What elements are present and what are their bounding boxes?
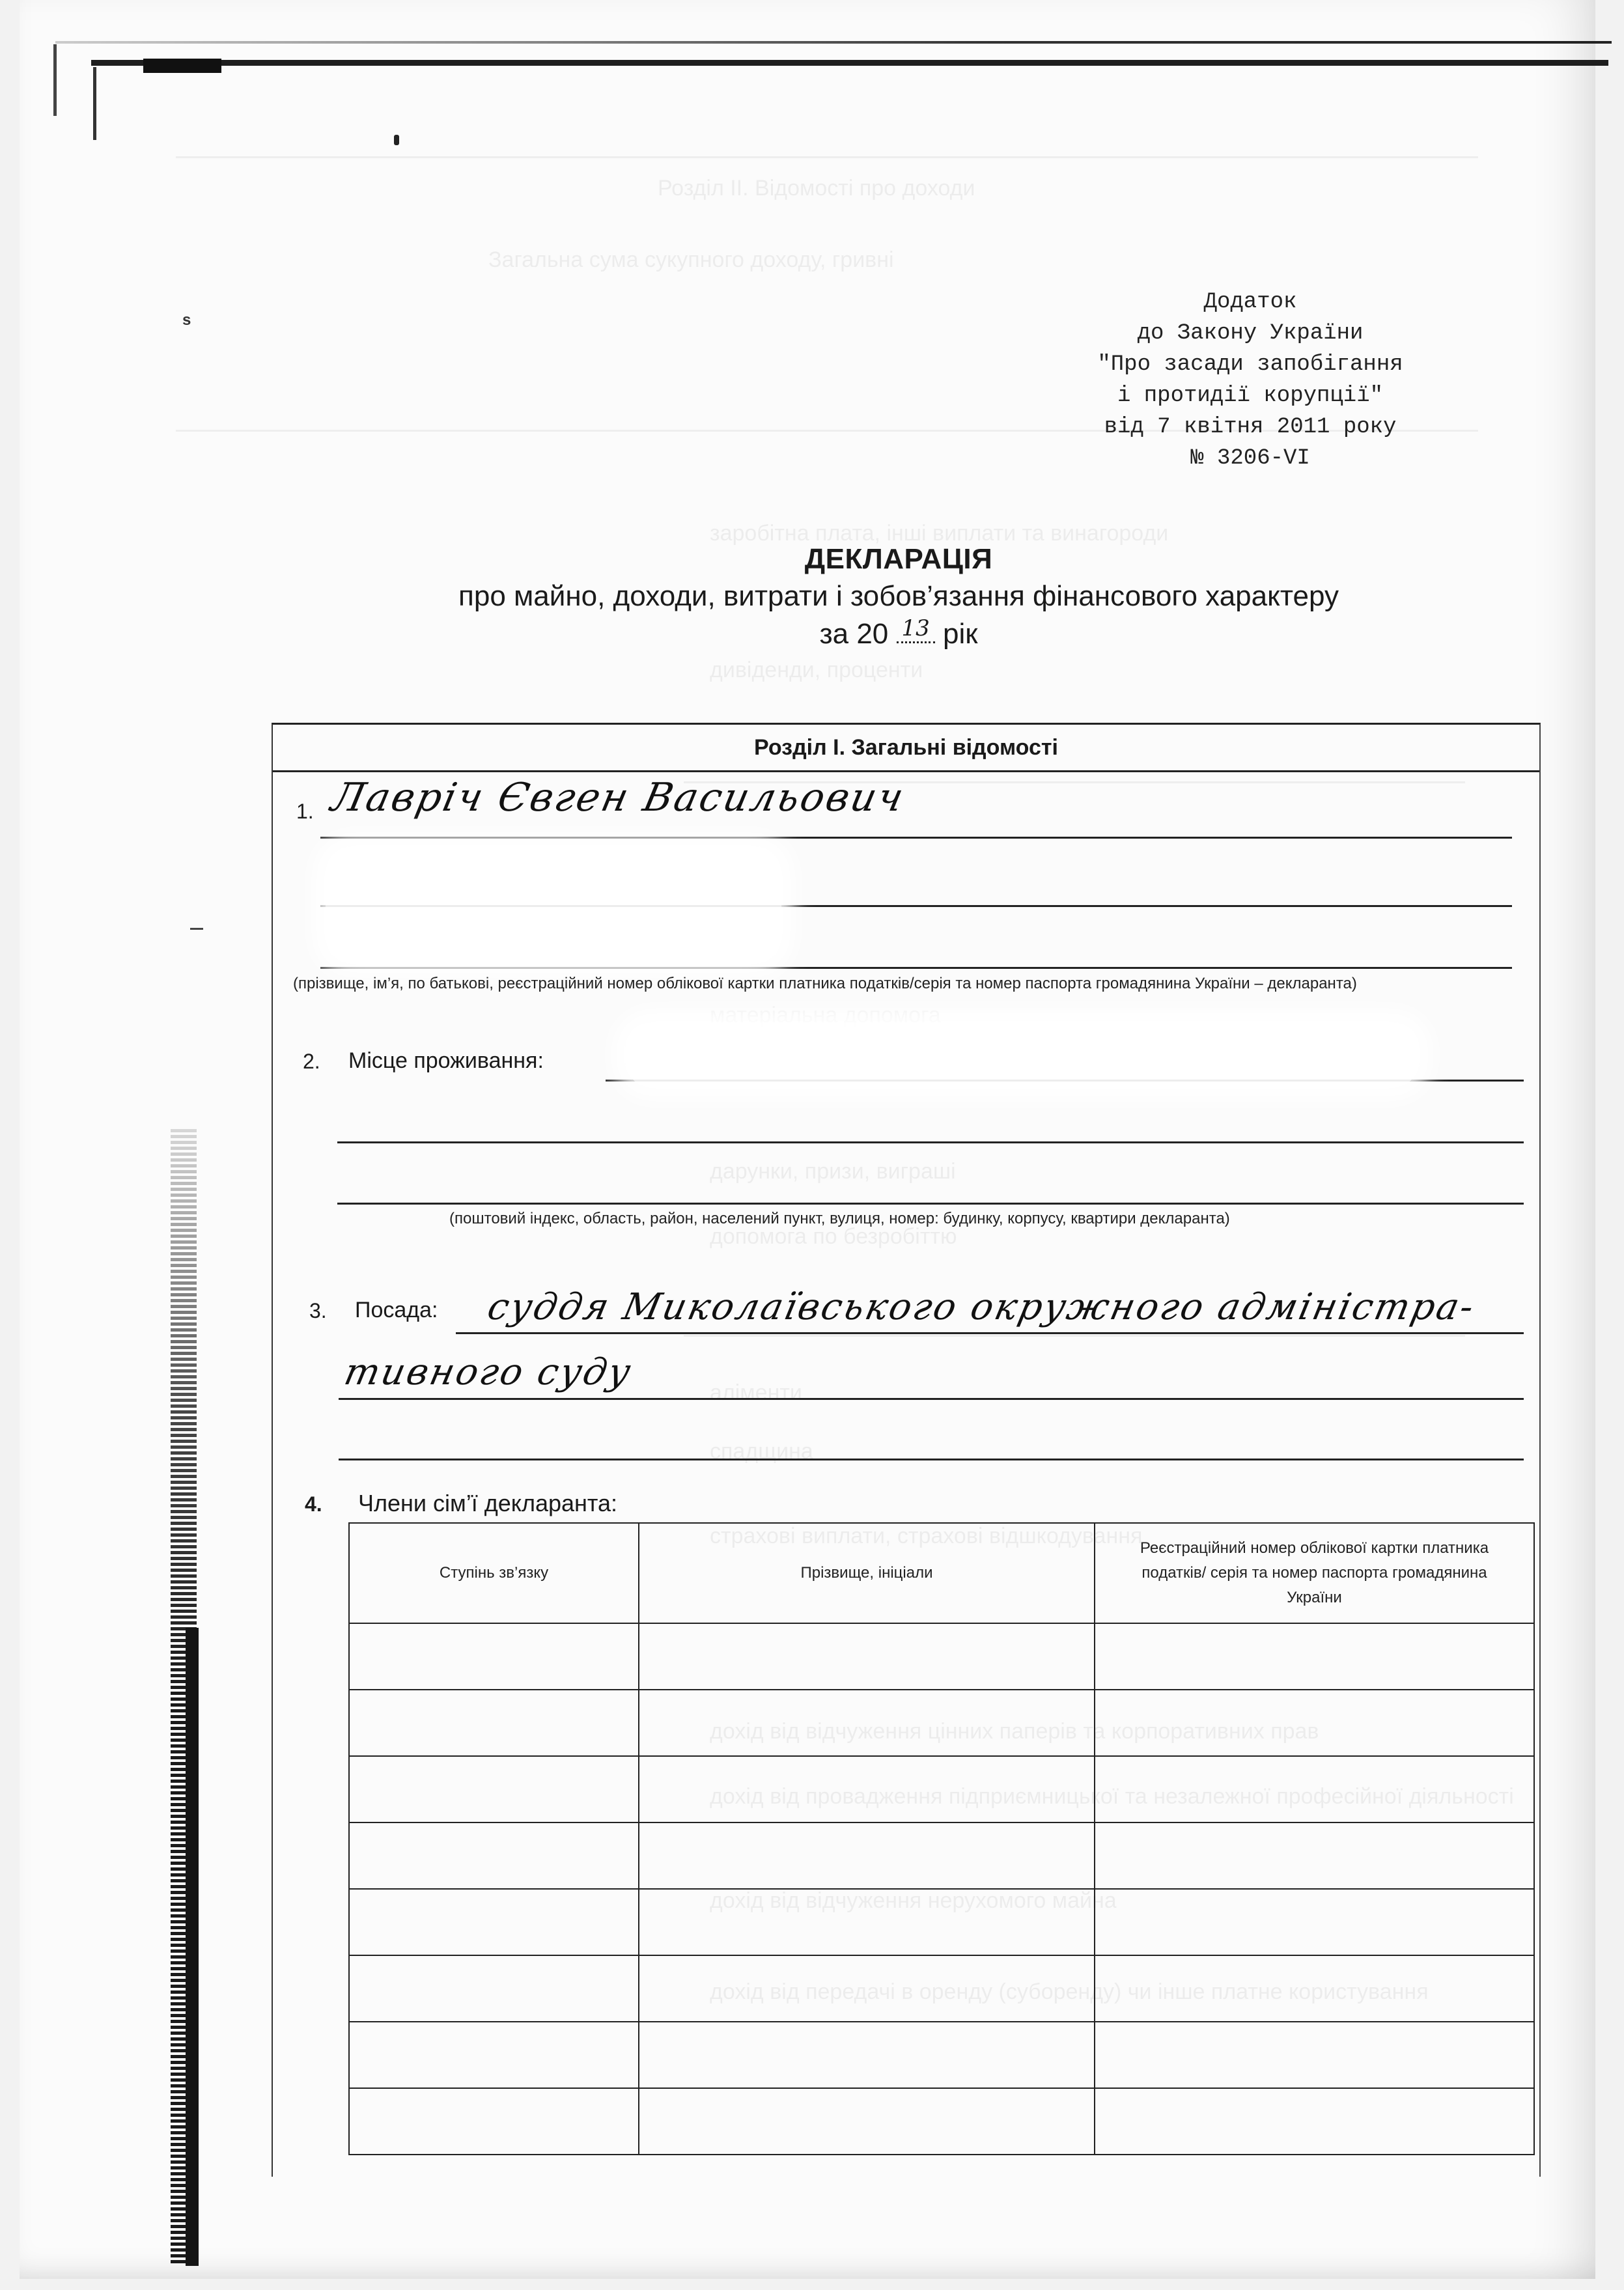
declaration-year: за 20 13 рік [345, 615, 1452, 656]
name-cell[interactable] [639, 1822, 1095, 1889]
appendix-line: і протидії корупції" [996, 380, 1504, 412]
relation-cell[interactable] [349, 1822, 639, 1889]
table-row [349, 1623, 1534, 1690]
scan-artifact-thick-line [91, 60, 1608, 66]
table-row [349, 1690, 1534, 1756]
tax-id-cell[interactable] [1095, 1955, 1534, 2022]
column-header-relation: Ступінь зв’язку [349, 1523, 639, 1623]
section-title: Розділ І. Загальні відомості [273, 725, 1539, 772]
relation-cell[interactable] [349, 2088, 639, 2155]
declaration-title: ДЕКЛАРАЦІЯ про майно, доходи, витрати і … [345, 540, 1452, 656]
position-field-line-1[interactable]: суддя Миколаївського окружного адміністр… [484, 1286, 1479, 1328]
scan-artifact-block [143, 59, 221, 73]
family-label: Члени сім’ї декларанта: [358, 1490, 617, 1517]
name-cell[interactable] [639, 1756, 1095, 1822]
name-cell[interactable] [639, 1889, 1095, 1955]
table-row [349, 2022, 1534, 2088]
column-header-tax-id: Реєстраційний номер облікової картки пла… [1095, 1523, 1534, 1623]
scan-artifact-mark: s [182, 311, 191, 329]
tax-id-cell[interactable] [1095, 1756, 1534, 1822]
name-cell[interactable] [639, 2022, 1095, 2088]
position-line-3 [339, 1459, 1524, 1460]
position-field-line-2[interactable]: тивного суду [341, 1351, 636, 1393]
name-cell[interactable] [639, 1623, 1095, 1690]
year-prefix: за 20 [819, 618, 888, 650]
name-cell[interactable] [639, 1690, 1095, 1756]
scanned-page: Розділ ІІ. Відомості про доходи Загальна… [20, 0, 1595, 2279]
binding-comb-spine [186, 1628, 199, 2266]
tax-id-cell[interactable] [1095, 1690, 1534, 1756]
scan-artifact-top-line [55, 41, 1612, 44]
relation-cell[interactable] [349, 1623, 639, 1690]
relation-cell[interactable] [349, 1756, 639, 1822]
table-row [349, 2088, 1534, 2155]
relation-cell[interactable] [349, 2022, 639, 2088]
residence-caption: (поштовий індекс, область, район, населе… [449, 1210, 1230, 1228]
relation-cell[interactable] [349, 1889, 639, 1955]
scan-artifact-tick [190, 928, 203, 930]
page-title: ДЕКЛАРАЦІЯ [345, 540, 1452, 578]
table-row [349, 1756, 1534, 1822]
family-members-table: Ступінь зв’язку Прізвище, ініціали Реєст… [348, 1522, 1535, 2155]
name-line-1 [320, 837, 1512, 839]
scan-artifact-dot [394, 135, 399, 145]
year-field[interactable]: 13 [897, 615, 935, 643]
appendix-line: Додаток [996, 286, 1504, 318]
tax-id-cell[interactable] [1095, 2088, 1534, 2155]
tax-id-cell[interactable] [1095, 2022, 1534, 2088]
tax-id-cell[interactable] [1095, 1623, 1534, 1690]
page-subtitle: про майно, доходи, витрати і зобов’язанн… [345, 578, 1452, 615]
appendix-line: "Про засади запобігання [996, 349, 1504, 380]
name-cell[interactable] [639, 1955, 1095, 2022]
name-field[interactable]: Лавріч Євген Васильович [328, 775, 910, 820]
relation-cell[interactable] [349, 1690, 639, 1756]
position-line-1 [456, 1332, 1524, 1334]
name-caption: (прізвище, ім’я, по батькові, реєстрацій… [293, 975, 1357, 993]
name-line-3 [320, 967, 1512, 969]
table-header-row: Ступінь зв’язку Прізвище, ініціали Реєст… [349, 1523, 1534, 1623]
column-header-name: Прізвище, ініціали [639, 1523, 1095, 1623]
name-cell[interactable] [639, 2088, 1095, 2155]
appendix-line: № 3206-VI [996, 443, 1504, 474]
appendix-line: від 7 квітня 2011 року [996, 412, 1504, 443]
position-label: Посада: [355, 1298, 438, 1323]
year-suffix: рік [943, 618, 978, 650]
scan-artifact-corner [93, 67, 96, 140]
appendix-line: до Закону України [996, 318, 1504, 349]
table-row [349, 1822, 1534, 1889]
tax-id-cell[interactable] [1095, 1889, 1534, 1955]
redacted-area [326, 846, 781, 964]
table-row [349, 1889, 1534, 1955]
residence-label: Місце проживання: [348, 1048, 544, 1074]
relation-cell[interactable] [349, 1955, 639, 2022]
scan-artifact-left-line [53, 44, 57, 116]
position-line-2 [339, 1398, 1524, 1400]
tax-id-cell[interactable] [1095, 1822, 1534, 1889]
table-row [349, 1955, 1534, 2022]
residence-line-3[interactable] [337, 1203, 1524, 1205]
residence-line-2[interactable] [337, 1141, 1524, 1143]
law-appendix-header: Додаток до Закону України "Про засади за… [996, 286, 1504, 474]
redacted-area [625, 1022, 1420, 1087]
